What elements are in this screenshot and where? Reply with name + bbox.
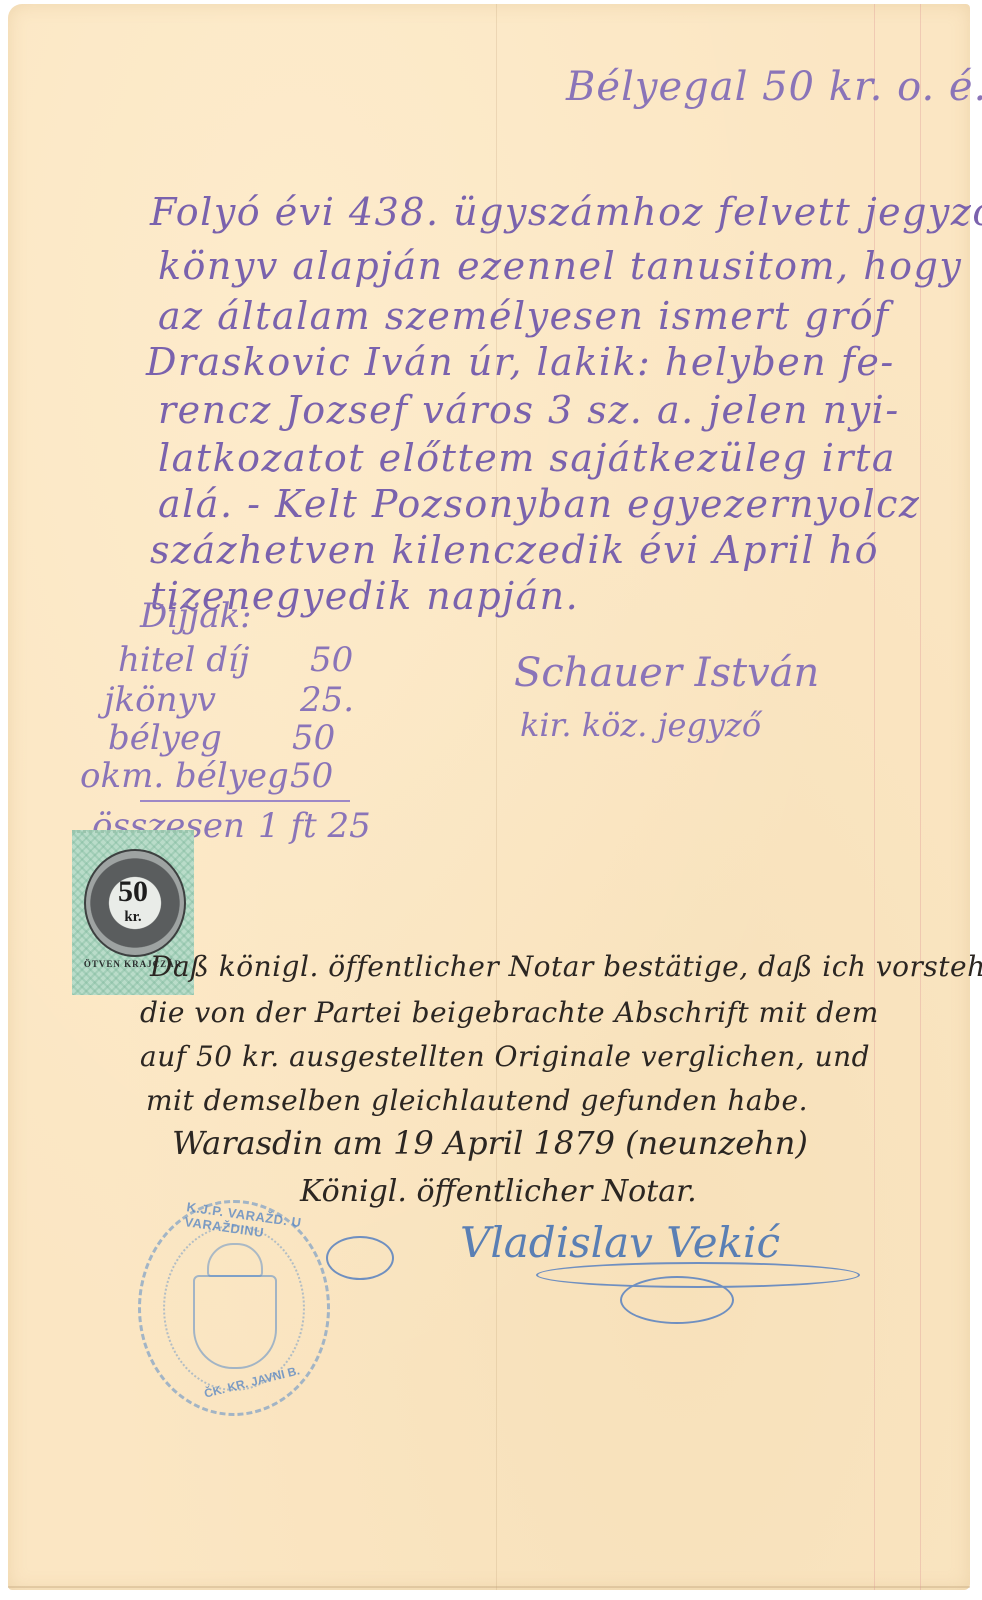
certification-line: mit demselben gleichlautend gefunden hab… — [146, 1084, 808, 1117]
notary-signature-title: kir. köz. jegyző — [520, 706, 761, 744]
body-line: latkozatot előttem sajátkezüleg irta — [158, 436, 896, 480]
certifier-title: Königl. öffentlicher Notar. — [300, 1174, 697, 1209]
fee-label: jkönyv — [104, 680, 216, 720]
margin-line — [920, 4, 921, 1590]
fees-heading: Dijjak: — [140, 596, 252, 636]
signature-flourish-icon — [326, 1236, 394, 1280]
notary-signature-name: Schauer István — [514, 650, 819, 696]
body-line: Draskovic Iván úr, lakik: helyben fe- — [146, 340, 895, 384]
fee-value: 25. — [300, 680, 354, 720]
certifier-signature: Vladislav Vekić — [460, 1218, 780, 1267]
fee-label: hitel díj — [118, 640, 249, 680]
body-line: alá. - Kelt Pozsonyban egyezernyolcz — [158, 482, 920, 526]
header-note: Bélyegal 50 kr. o. é. — [566, 64, 982, 110]
place-date: Warasdin am 19 April 1879 (neunzehn) — [172, 1124, 808, 1162]
certification-line: Daß königl. öffentlicher Notar bestätige… — [150, 950, 982, 983]
body-line: százhetven kilenczedik évi April hó — [150, 528, 879, 572]
stamp-value: 50 — [72, 875, 194, 909]
stamp-unit: kr. — [72, 909, 194, 926]
paper-fold-vertical — [496, 4, 497, 1590]
official-seal: K.J.P. VARAŽD. U VARAŽDINU ČK. KR. JAVNI… — [138, 1200, 330, 1416]
body-line: az általam személyesen ismert gróf — [158, 294, 890, 338]
fees-total-value: 1 ft 25 — [258, 806, 371, 846]
fee-label: bélyeg — [108, 718, 222, 758]
certification-line: die von der Partei beigebrachte Abschrif… — [140, 996, 879, 1029]
certification-line: auf 50 kr. ausgestellten Originale vergl… — [140, 1040, 870, 1073]
fees-sum-rule — [140, 800, 350, 802]
fee-label: okm. bélyeg — [80, 756, 289, 796]
body-line: Folyó évi 438. ügyszámhoz felvett jegyző… — [150, 190, 982, 234]
fee-value: 50 — [310, 640, 353, 680]
fee-value: 50 — [290, 756, 333, 796]
paper-fold-horizontal — [8, 1586, 970, 1588]
body-line: könyv alapján ezennel tanusitom, hogy — [158, 244, 962, 288]
signature-loop-icon — [620, 1276, 734, 1324]
fee-value: 50 — [292, 718, 335, 758]
coat-of-arms-icon — [193, 1275, 277, 1369]
margin-line — [874, 4, 875, 1590]
body-line: rencz Jozsef város 3 sz. a. jelen nyi- — [158, 388, 900, 432]
